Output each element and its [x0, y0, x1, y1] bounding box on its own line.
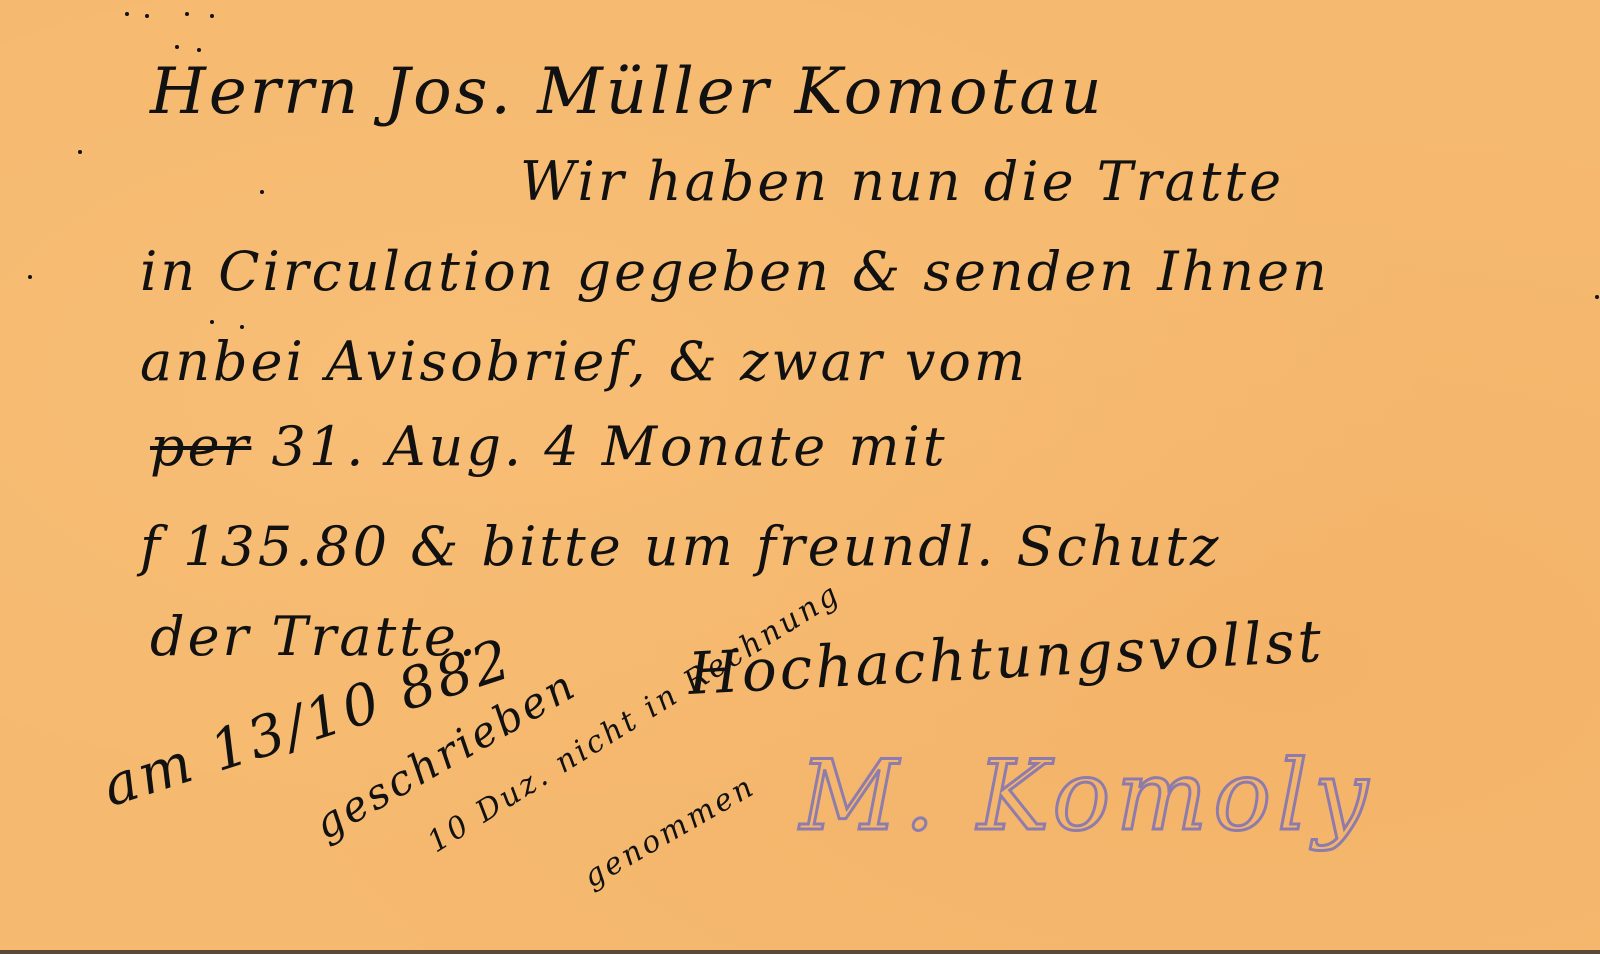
postcard: Herrn Jos. Müller Komotau Wir haben nun …: [0, 0, 1600, 950]
ink-speck: [210, 14, 214, 18]
ink-speck: [1595, 295, 1599, 299]
ink-speck: [260, 190, 264, 194]
body-line-2: in Circulation gegeben & senden Ihnen: [140, 240, 1330, 303]
annotation-note-3: genommen: [578, 769, 762, 895]
ink-speck: [78, 150, 82, 154]
body-line-4-text: 31. Aug. 4 Monate mit: [272, 415, 948, 478]
body-line-3: anbei Avisobrief, & zwar vom: [140, 330, 1028, 393]
ink-speck: [28, 275, 32, 279]
addressee-line: Herrn Jos. Müller Komotau: [150, 55, 1105, 129]
ink-speck: [185, 12, 189, 16]
ink-speck: [197, 48, 201, 52]
body-line-4: per 31. Aug. 4 Monate mit: [150, 415, 948, 478]
ink-speck: [125, 12, 129, 16]
ink-speck: [240, 325, 244, 329]
struck-word: per: [150, 415, 251, 478]
scan-border: [0, 950, 1600, 954]
body-line-1: Wir haben nun die Tratte: [520, 150, 1284, 213]
body-line-5: f 135.80 & bitte um freundl. Schutz: [140, 515, 1221, 578]
ink-speck: [145, 14, 149, 18]
sender-stamp: M. Komoly: [800, 740, 1374, 852]
ink-speck: [175, 45, 179, 49]
ink-speck: [210, 320, 214, 324]
